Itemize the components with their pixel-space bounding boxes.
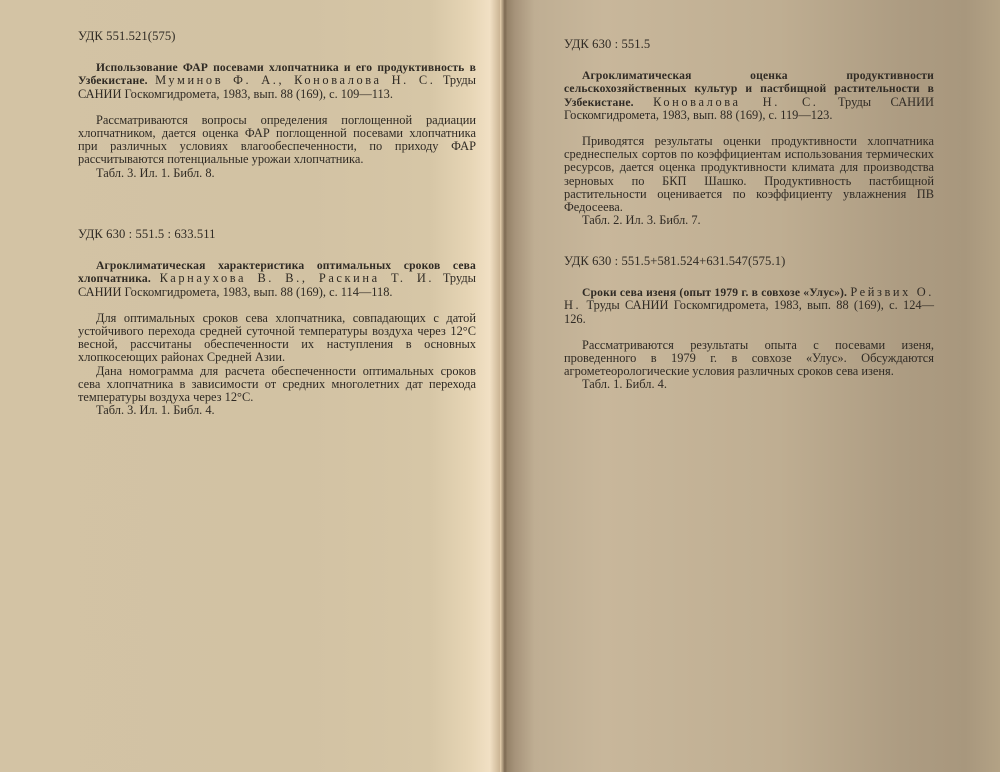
citation: Агроклиматическая характеристика оптимал…	[78, 259, 476, 299]
article-authors: Муминов Ф. А., Коновалова Н. С.	[155, 73, 435, 87]
abstract-entry: УДК 551.521(575) Использование ФАР посев…	[78, 30, 476, 180]
references-count: Табл. 1. Библ. 4.	[564, 378, 934, 391]
article-title: Сроки сева изеня (опыт 1979 г. в совхозе…	[582, 286, 847, 299]
abstract-text: Приводятся результаты оценки продуктивно…	[564, 135, 934, 214]
abstract-entry: УДК 630 : 551.5 Агроклиматическая оценка…	[564, 38, 934, 227]
book-spine	[500, 0, 508, 772]
open-book-spread: УДК 551.521(575) Использование ФАР посев…	[0, 0, 1000, 772]
udk-code: УДК 551.521(575)	[78, 30, 476, 43]
citation: Использование ФАР посевами хлопчатника и…	[78, 61, 476, 101]
udk-code: УДК 630 : 551.5+581.524+631.547(575.1)	[564, 255, 934, 268]
udk-code: УДК 630 : 551.5	[564, 38, 934, 51]
citation: Агроклиматическая оценка продуктивности …	[564, 69, 934, 122]
article-authors: Карнаухова В. В., Раскина Т. И.	[160, 271, 435, 285]
article-authors: Коновалова Н. С.	[653, 95, 818, 109]
abstract-text: Дана номограмма для расчета обеспеченнос…	[78, 365, 476, 405]
citation: Сроки сева изеня (опыт 1979 г. в совхозе…	[564, 286, 934, 326]
abstract-text: Рассматриваются вопросы определения погл…	[78, 114, 476, 167]
references-count: Табл. 3. Ил. 1. Библ. 8.	[78, 167, 476, 180]
udk-code: УДК 630 : 551.5 : 633.511	[78, 228, 476, 241]
references-count: Табл. 3. Ил. 1. Библ. 4.	[78, 404, 476, 417]
abstract-entry: УДК 630 : 551.5 : 633.511 Агроклиматичес…	[78, 228, 476, 417]
article-source: Труды САНИИ Госкомгидромета, 1983, вып. …	[564, 298, 934, 325]
abstract-entry: УДК 630 : 551.5+581.524+631.547(575.1) С…	[564, 255, 934, 392]
abstract-text: Рассматриваются результаты опыта с посев…	[564, 339, 934, 379]
references-count: Табл. 2. Ил. 3. Библ. 7.	[564, 214, 934, 227]
abstract-text: Для оптимальных сроков сева хлопчатника,…	[78, 312, 476, 365]
